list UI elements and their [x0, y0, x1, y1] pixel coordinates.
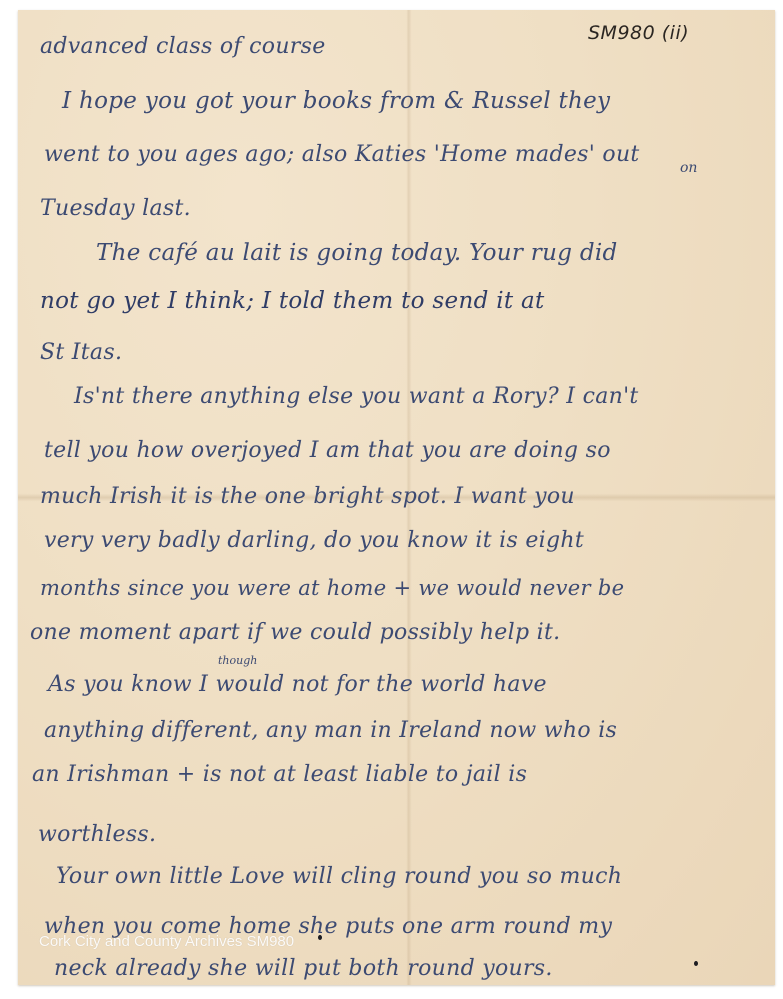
letter-line-9: tell you how overjoyed I am that you are…: [44, 438, 611, 463]
letter-line-12: months since you were at home + we would…: [40, 576, 624, 600]
insertion-on: on: [680, 160, 697, 176]
insertion-though: though: [218, 654, 257, 667]
letter-line-5: The café au lait is going today. Your ru…: [96, 240, 618, 266]
letter-line-14: As you know I would not for the world ha…: [48, 672, 547, 697]
letter-line-20: neck already she will put both round you…: [54, 956, 553, 981]
letter-line-2: I hope you got your books from & Russel …: [62, 88, 610, 114]
letter-line-6: not go yet I think; I told them to send …: [40, 288, 545, 314]
ink-spot: [318, 935, 322, 940]
letter-line-4: Tuesday last.: [40, 196, 191, 221]
letter-line-16: an Irishman + is not at least liable to …: [32, 762, 527, 787]
letter-line-7: St Itas.: [40, 340, 122, 365]
archive-watermark: Cork City and County Archives SM980: [39, 933, 294, 950]
letter-line-11: very very badly darling, do you know it …: [44, 528, 584, 553]
letter-line-18: Your own little Love will cling round yo…: [56, 864, 622, 889]
archive-reference: SM980 (ii): [588, 22, 689, 44]
letter-line-17: worthless.: [38, 822, 156, 847]
letter-line-3: went to you ages ago; also Katies 'Home …: [44, 142, 640, 167]
letter-line-13: one moment apart if we could possibly he…: [30, 620, 560, 645]
letter-line-10: much Irish it is the one bright spot. I …: [40, 484, 575, 509]
ink-spot: [694, 961, 698, 966]
letter-line-8: Is'nt there anything else you want a Ror…: [74, 384, 639, 409]
letter-line-15: anything different, any man in Ireland n…: [44, 718, 617, 743]
letter-line-1: advanced class of course: [40, 34, 326, 59]
